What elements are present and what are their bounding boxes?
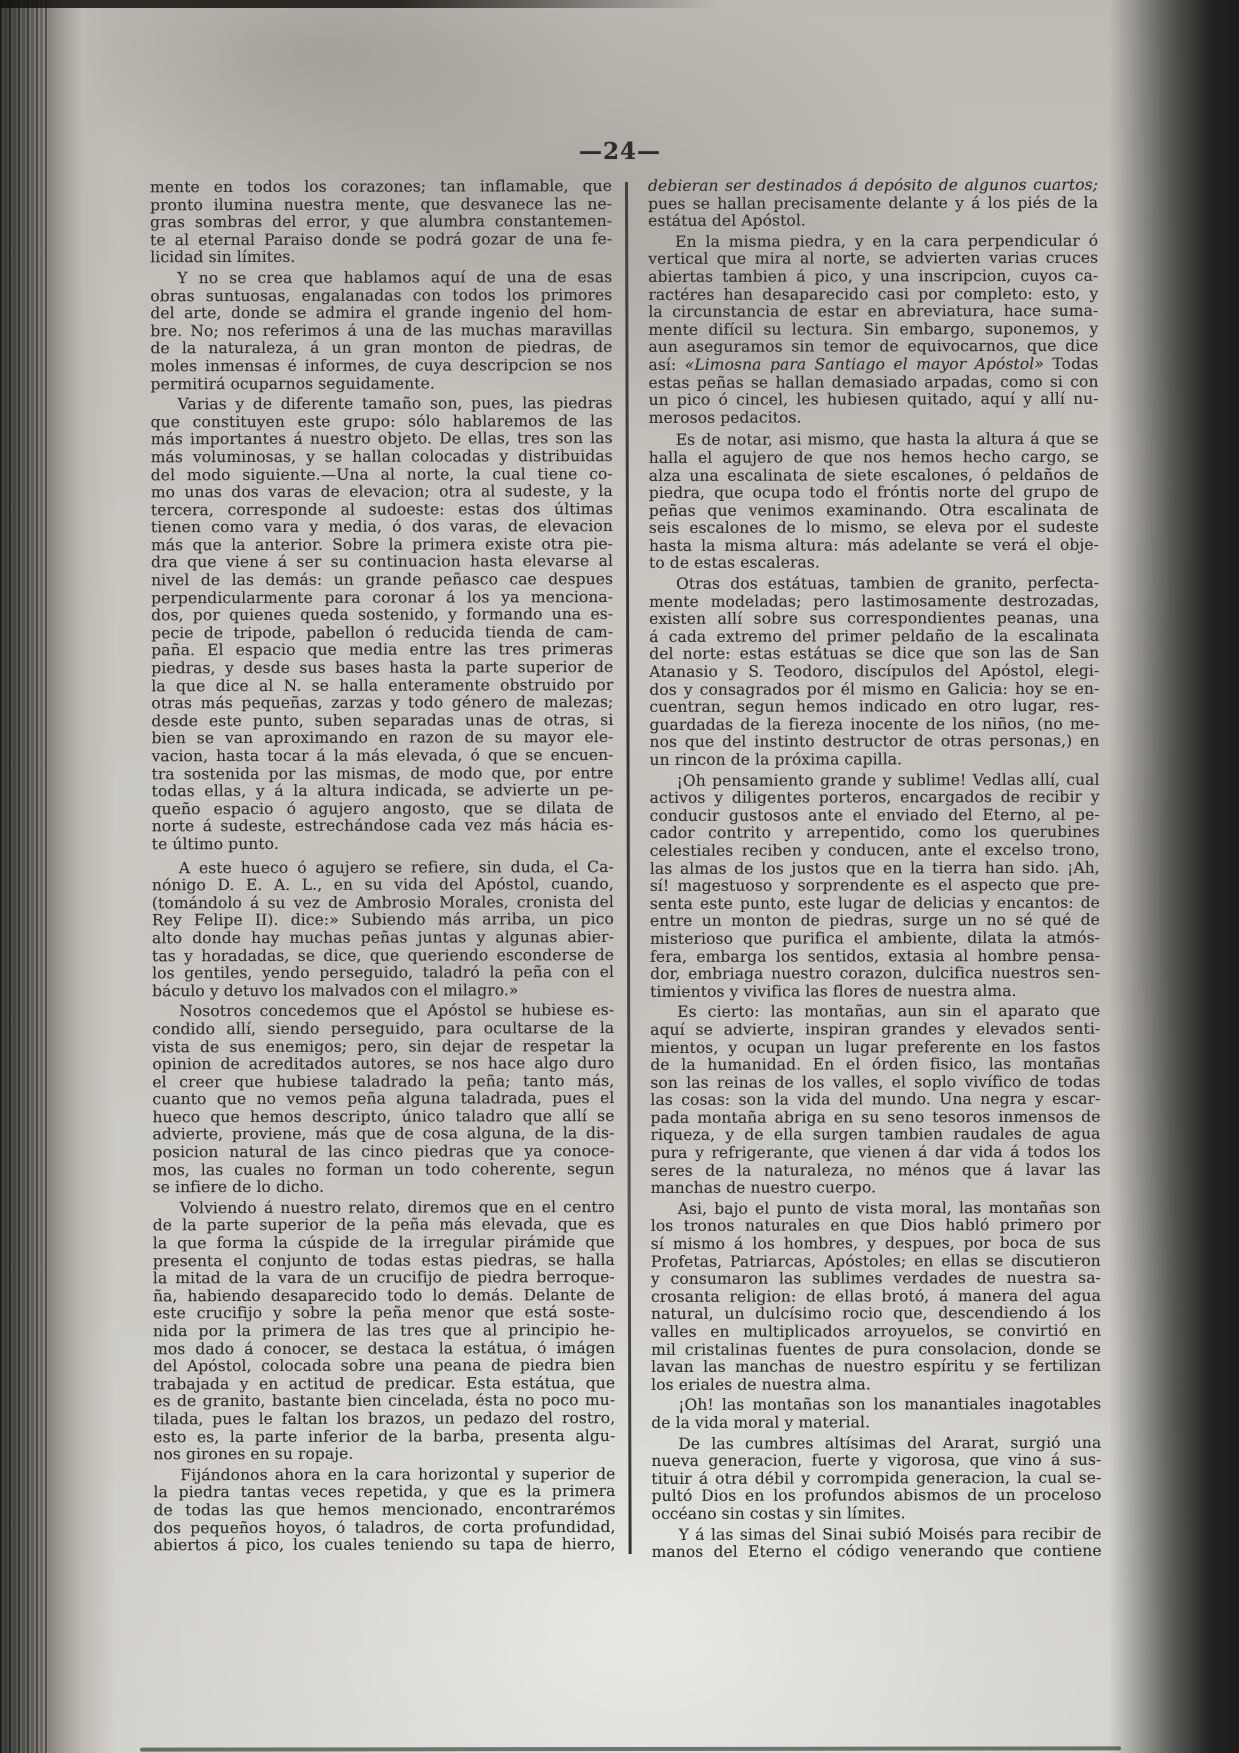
text-line: nueva generacion, fuerte y vigorosa, que… [651, 1452, 1101, 1471]
text-line: misterioso que purifica el ambiente, dil… [650, 930, 1100, 949]
page-right-edge-shadow [1109, 0, 1239, 1753]
text-line: de la vida moral y material. [651, 1414, 1101, 1433]
bottom-edge-line [140, 1746, 1121, 1751]
text-line: más voluminosas, y se hallan colocadas y… [151, 448, 613, 467]
text-line: abiertos á pico, los cuales teniendo su … [154, 1536, 616, 1555]
text-line: lavan las manchas de nuestro espíritu y … [651, 1358, 1101, 1377]
text-line: te último punto. [152, 835, 614, 854]
text-line: cuentran, segun hemos indicado en otro l… [649, 698, 1099, 717]
text-line: pues se hallan precisamente delante y á … [648, 194, 1098, 213]
paragraph: Asi, bajo el punto de vista moral, las m… [651, 1200, 1102, 1395]
text-line: mos, las cuales no forman un todo cohere… [153, 1161, 615, 1180]
text-line: estátua del Apóstol. [648, 212, 1098, 231]
text-line: Otras dos estátuas, tambien de granito, … [649, 575, 1099, 594]
text-line: manos del Eterno el código venerando que… [652, 1543, 1102, 1562]
text-line: del arte, donde se admira el grande inge… [150, 304, 612, 323]
text-line: tilada, pues le faltan los brazos, un pe… [153, 1410, 615, 1429]
paragraph: debieran ser destinados á depósito de al… [648, 177, 1098, 231]
text-line: seres de la naturaleza, no ménos que á l… [651, 1161, 1101, 1180]
text-line: vacion, hasta tocar á la más elevada, ó … [151, 747, 613, 766]
text-line: la circunstancia de estar en abreviatura… [648, 303, 1098, 322]
text-line: mo unas dos varas de elevacion; otra al … [151, 483, 613, 502]
text-line: dor, embriaga nuestro corazon, dulcifica… [650, 965, 1100, 984]
text-line: manchas de nuestro cuerpo. [651, 1179, 1101, 1198]
text-line: sí mismo á los hombres, y despues, por b… [651, 1235, 1101, 1254]
text-line: un pico ó cincel, les hubiesen quitado, … [649, 391, 1099, 410]
book-page-scan: —24— mente en todos los corazones; tan i… [0, 0, 1239, 1753]
text-line: piedras, y desde sus bases hasta la part… [151, 659, 613, 678]
text-line: pura y refrigerante, que vienen á dar vi… [651, 1144, 1101, 1163]
text-line: licidad sin límites. [150, 248, 612, 267]
text-line: norte á sudeste, estrechándose cada vez … [152, 817, 614, 836]
text-line: condido allí, siendo perseguido, para oc… [152, 1020, 614, 1039]
text-line: piedra, que ocupa todo el fróntis norte … [649, 484, 1099, 503]
text-line: celestiales reciben y conducen, ante el … [650, 842, 1100, 861]
text-line: ¡Oh! las montañas son los manantiales in… [651, 1396, 1101, 1415]
text-line: pultó Dios en los profundos abismos de u… [651, 1487, 1101, 1506]
text-line: timientos y vivifica las flores de nuest… [650, 982, 1100, 1001]
text-line: nos que del instinto destructor de otras… [649, 733, 1099, 752]
text-line: aquí se advierte, inspiran grandes y ele… [650, 1021, 1100, 1040]
text-line: activos y diligentes porteros, encargado… [650, 789, 1100, 808]
paragraph: Y no se crea que hablamos aquí de una de… [150, 269, 612, 393]
text-line: de la humanidad. En el órden fisico, las… [650, 1056, 1100, 1075]
book-spine-shadow [0, 0, 115, 1753]
text-line: abiertas tambien á pico, y una inscripci… [648, 268, 1098, 287]
text-line: así: «Limosna para Santiago el mayor Apó… [648, 356, 1098, 375]
text-line: occéano sin costas y sin límites. [651, 1505, 1101, 1524]
page-number: —24— [520, 138, 720, 165]
text-line: mente en todos los corazones; tan inflam… [150, 178, 612, 197]
text-line: permitirá ocuparnos seguidamente. [151, 375, 613, 394]
text-line: todas ellas, y á la altura indicada, se … [152, 782, 614, 801]
text-line: Atanasio y S. Teodoro, discípulos del Ap… [649, 663, 1099, 682]
paragraph: Es cierto: las montañas, aun sin el apar… [650, 1003, 1101, 1198]
top-edge-shadow [0, 0, 719, 8]
paragraph: mente en todos los corazones; tan inflam… [150, 178, 612, 267]
text-line: la que forma la cúspide de la irregular … [153, 1234, 615, 1253]
text-line: báculo y detuvo los malvados con el mila… [152, 982, 614, 1001]
text-line: sí! magestuoso y sorprendente es el aspe… [650, 877, 1100, 896]
text-line: opinion de acreditados autores, se nos h… [152, 1055, 614, 1074]
text-line: nida por la primera de las tres que al p… [153, 1322, 615, 1341]
paragraph: Es de notar, asi mismo, que hasta la alt… [649, 431, 1099, 573]
paragraph: Volviendo á nuestro relato, diremos que … [153, 1199, 616, 1464]
text-line: los eriales de nuestra alma. [651, 1376, 1101, 1395]
text-line: valles en multiplicados arroyuelos, se c… [651, 1323, 1101, 1342]
paragraph: Otras dos estátuas, tambien de granito, … [649, 575, 1100, 770]
text-line: to de estas escaleras. [649, 554, 1099, 573]
right-column: debieran ser destinados á depósito de al… [648, 177, 1102, 1562]
text-line: merosos pedacitos. [649, 408, 1099, 427]
text-line: un rincon de la próxima capilla. [650, 751, 1100, 770]
text-line: del Apóstol, colocada sobre una peana de… [153, 1357, 615, 1376]
left-column: mente en todos los corazones; tan inflam… [150, 178, 616, 1555]
text-line: se infiere de lo dicho. [153, 1178, 615, 1197]
text-line: de todas las que hemos mencionado, encon… [153, 1501, 615, 1520]
paragraph: A este hueco ó agujero se refiere, sin d… [152, 859, 614, 1001]
paragraph: ¡Oh! las montañas son los manantiales in… [651, 1396, 1101, 1432]
paragraph: Varias y de diferente tamaño son, pues, … [151, 395, 614, 854]
text-line: moles inmensas é informes, de cuya descr… [150, 357, 612, 376]
paragraph: Nosotros concedemos que el Apóstol se hu… [152, 1002, 615, 1197]
paragraph: Y á las simas del Sinai subió Moisés par… [652, 1525, 1102, 1561]
column-divider-rule [625, 182, 632, 1554]
text-block: mente en todos los corazones; tan inflam… [0, 176, 1239, 179]
paragraph: ¡Oh pensamiento grande y sublime! Vedlas… [650, 771, 1101, 1001]
text-line: posicion natural de las cinco piedras qu… [153, 1143, 615, 1162]
text-line: hasta la misma altura: más adelante se v… [649, 537, 1099, 556]
text-line: Varias y de diferente tamaño son, pues, … [151, 395, 613, 414]
text-line: nivel de las demás: un grande peñasco ca… [151, 571, 613, 590]
paragraph: Fijándonos ahora en la cara horizontal y… [153, 1466, 615, 1555]
text-line: debieran ser destinados á depósito de al… [648, 177, 1098, 196]
text-line: alto donde hay muchas peñas juntas y alg… [152, 929, 614, 948]
text-line: y consumaron las sublimes verdades de nu… [651, 1270, 1101, 1289]
text-line: Y no se crea que hablamos aquí de una de… [150, 269, 612, 288]
text-line: esto es, la parte inferior de la barba, … [153, 1428, 615, 1447]
paragraph: De las cumbres altísimas del Ararat, sur… [651, 1434, 1101, 1523]
text-line: halla el agujero de que nos hemos hecho … [649, 449, 1099, 468]
text-line: nos girones en su ropaje. [153, 1445, 615, 1464]
text-line: te al eternal Paraiso donde se podrá goz… [150, 231, 612, 250]
text-line: gras sombras del error, y que alumbra co… [150, 213, 612, 232]
text-line: nónigo D. E. A. L., en su vida del Apóst… [152, 876, 614, 895]
paragraph: En la misma piedra, y en la cara perpend… [648, 233, 1099, 428]
text-line: los gentiles, yendo perseguido, taladró … [152, 964, 614, 983]
